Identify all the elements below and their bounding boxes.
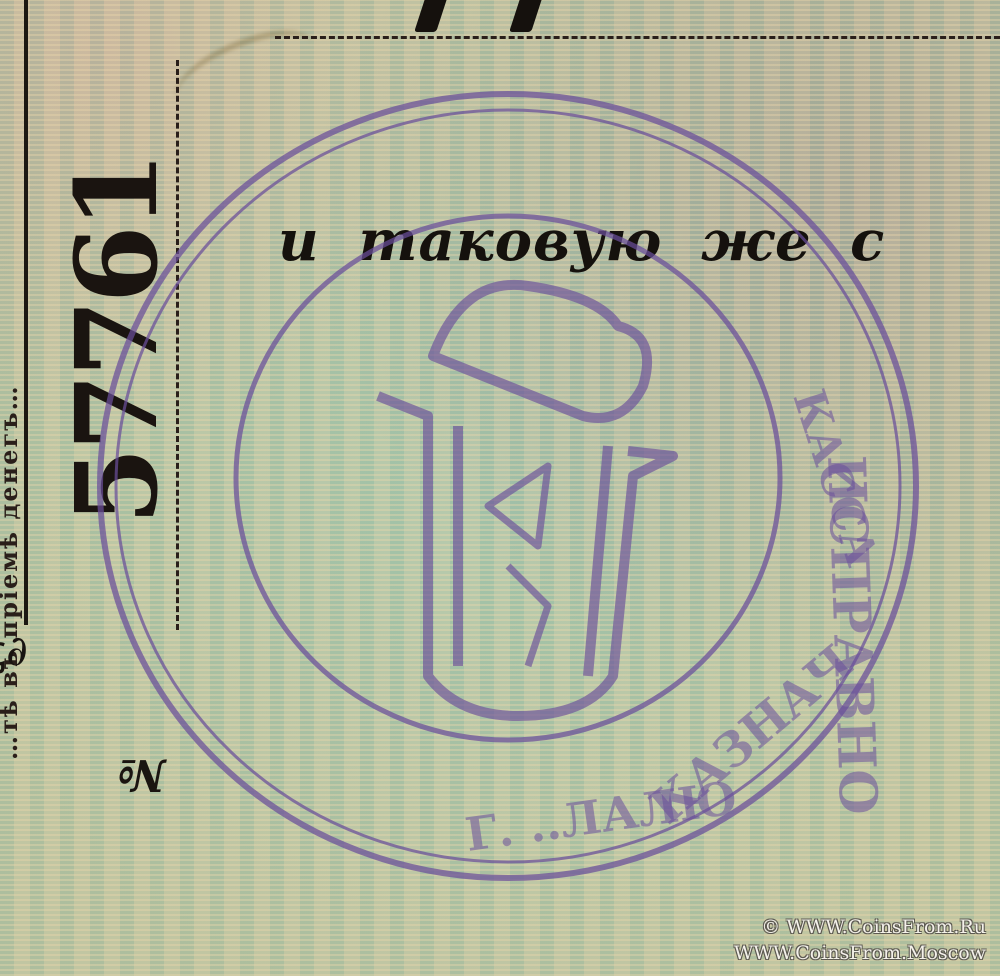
watermark-line-2: WWW.CoinsFrom.Moscow xyxy=(734,940,986,966)
top-letter-fragments xyxy=(420,0,620,32)
treasury-stamp: КАССА ИСПРАВНО КАЗНАЧ Г. ..ЛАЛЮ xyxy=(88,66,928,896)
watermark: © WWW.CoinsFrom.Ru WWW.CoinsFrom.Moscow xyxy=(734,914,986,966)
coat-of-arms-icon xyxy=(378,285,673,716)
body-text: и таковую же с xyxy=(278,208,885,274)
dotted-line-horizontal xyxy=(275,36,1000,39)
svg-text:ИСПРАВНО: ИСПРАВНО xyxy=(815,454,889,815)
serial-number: 57761 xyxy=(58,60,178,620)
numero-sign: № xyxy=(112,690,172,800)
svg-text:Г. ..ЛАЛЮ: Г. ..ЛАЛЮ xyxy=(462,770,741,862)
ornament-flourish: ꞔ∂ xyxy=(0,630,26,740)
paper-stain xyxy=(163,18,326,127)
watermark-line-1: © WWW.CoinsFrom.Ru xyxy=(734,914,986,940)
svg-text:КАЗНАЧ: КАЗНАЧ xyxy=(640,634,864,835)
banknote-photo: …тѣ въ пріемѣ денегъ… 57761 № ꞔ∂ и таков… xyxy=(0,0,1000,976)
svg-text:КАССА: КАССА xyxy=(783,384,888,573)
left-border-rule xyxy=(24,0,28,625)
